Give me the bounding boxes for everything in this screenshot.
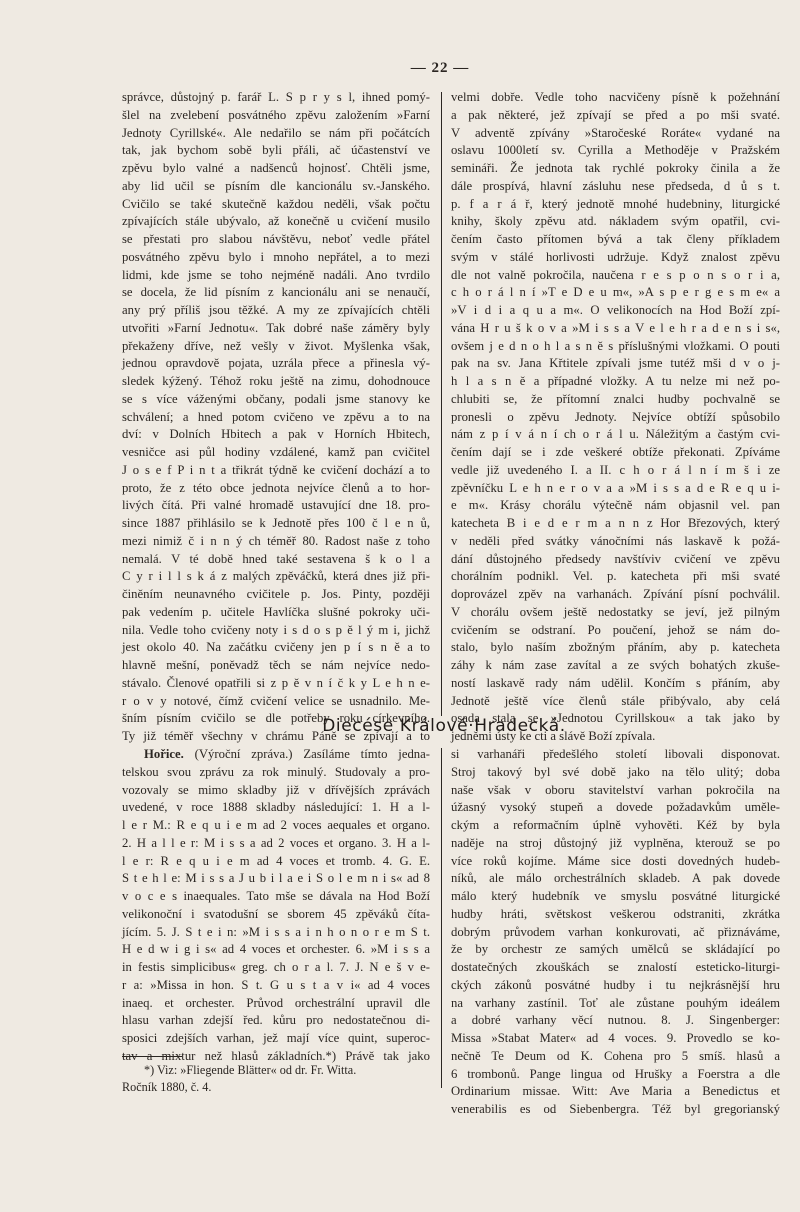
- text-line: ností laskavě rady nám udělil. Končím s …: [451, 675, 780, 693]
- text-line: nila. Vedle toho cvičeny noty i s d o s …: [122, 622, 430, 640]
- text-line: záhy k nám zase zavítal a ze svých bohat…: [451, 657, 780, 675]
- text-line: ovšem j e d n o h l a s n ě s příslušným…: [451, 338, 780, 356]
- text-line: pak vedením p. učitele Havlíčka slušné p…: [122, 604, 430, 622]
- text-line: čením často přítomen bývá a tak členy př…: [451, 231, 780, 249]
- text-line: mezi nimiž č i n n ý ch téměř 80. Radost…: [122, 533, 430, 551]
- text-line: jest okolo 40. Na začátku cvičeny jen p …: [122, 639, 430, 657]
- text-line: S t e h l e: M i s s a J u b i l a e i S…: [122, 870, 430, 888]
- text-line: hudby hráti, světskost veškerou odstrani…: [451, 906, 780, 924]
- text-line: zpěvníčku L e h n e r o v a a »M i s s a…: [451, 480, 780, 498]
- text-line: zpívajících stále ubývalo, až konečně u …: [122, 213, 430, 231]
- text-line: hlasu varhan zdejší řed. kůru pro nedost…: [122, 1012, 430, 1030]
- text-line: »V i d i a q u a m«. O velikonocích na H…: [451, 302, 780, 320]
- text-line: e m«. Krásy chorálu výtečně nám objasnil…: [451, 497, 780, 515]
- text-line: cvičením se odstraní. Po poučení, jehož …: [451, 622, 780, 640]
- text-line: dobrým průvodem varhan konkurovati, ač p…: [451, 924, 780, 942]
- text-line: r a: »Missa in hon. S t. G u s t a v i« …: [122, 977, 430, 995]
- text-line: J o s e f P i n t a třikrát týdně ke cvi…: [122, 462, 430, 480]
- text-line: 2. H a l l e r: M i s s a ad 2 voces et …: [122, 835, 430, 853]
- text-line: aby lid učil se písním dle kancionálu sv…: [122, 178, 430, 196]
- text-line: schválení; a hned potom cvičeno ve zpěvu…: [122, 409, 430, 427]
- text-line: stávalo. Členové opatřili si z p ě v n í…: [122, 675, 430, 693]
- text-line: vozovaly se mimo skladby již v dřívějšíc…: [122, 782, 430, 800]
- text-line: 6 trombonů. Pange lingua od Hrušky a Foe…: [451, 1066, 780, 1084]
- text-line: překaženy dříve, než vešly v život. Myšl…: [122, 338, 430, 356]
- page-number: — 22 —: [0, 60, 800, 77]
- text-line: any prý příliš jsou těžké. A my ze zpíva…: [122, 302, 430, 320]
- text-line: úžasný vysoký stupeň a dovede požadavkům…: [451, 799, 780, 817]
- text-line: se docela, že lid písním z kancionálu an…: [122, 284, 430, 302]
- text-line: sledek kýžený. Téhož roku ještě na zimu,…: [122, 373, 430, 391]
- text-line: Missa »Stabat Mater« ad 4 voces. 9. Prov…: [451, 1030, 780, 1048]
- text-line: více roků kojíme. Máme sice dosti dovedn…: [451, 853, 780, 871]
- text-line: oslavu 1000letí sv. Cyrilla a Methoděje …: [451, 142, 780, 160]
- footnote-line: Ročník 1880, č. 4.: [122, 1079, 430, 1096]
- footnote-rule: [122, 1056, 182, 1057]
- text-line: Ordinarium missae. Witt: Ave Maria a Ben…: [451, 1083, 780, 1101]
- text-line: chlubiti se, že přítomní znalci hudby po…: [451, 391, 780, 409]
- text-line: jícím. 5. J. S t e i n: »M i s s a i n h…: [122, 924, 430, 942]
- text-line: a dobré varhany věcí nutnou. 8. J. Singe…: [451, 1012, 780, 1030]
- text-line: zpěvu bylo valné a nadšenců hojnosť. Cht…: [122, 160, 430, 178]
- text-line: katecheta B i e d e r m a n n z Hor Břez…: [451, 515, 780, 533]
- text-line: posvátného zpěvu bylo i mnoho nepřátel, …: [122, 249, 430, 267]
- text-line: nečně Te Deum od K. Cohena pro 5 smíš. h…: [451, 1048, 780, 1066]
- text-line: velikonoční i svatodušní se sborem 45 zp…: [122, 906, 430, 924]
- footnote-line: *) Viz: »Fliegende Blätter« od dr. Fr. W…: [122, 1062, 430, 1079]
- text-line: v o c e s inaequales. Tato mše se dávala…: [122, 888, 430, 906]
- text-line: dostatečných zkouškách se znalostí estet…: [451, 959, 780, 977]
- text-line: dání důstojného předsedy navštíviv cviče…: [451, 551, 780, 569]
- text-line: níků, ale málo orchestrálních skladeb. A…: [451, 870, 780, 888]
- text-line: si varhanáři předešlého století libovali…: [451, 746, 780, 764]
- text-line: nám z p í v á n í ch o r á l u. Náležitý…: [451, 426, 780, 444]
- text-line: l e r: R e q u i e m ad 4 voces et tromb…: [122, 853, 430, 871]
- text-line: naděje na stroj důstojný již vyplněna, k…: [451, 835, 780, 853]
- place-heading: Hořice.: [144, 747, 184, 761]
- text-line: dle not valně pokročila, naučena r e s p…: [451, 267, 780, 285]
- text-line: Stroj takový byl své době jako na tělo u…: [451, 764, 780, 782]
- text-line: správce, důstojný p. farář L. S p r y s …: [122, 89, 430, 107]
- text-line: a pak některé, jež zpívají se před a po …: [451, 107, 780, 125]
- text-line: pronesli o zpěvu Jednoty. Nejvíce obtíží…: [451, 409, 780, 427]
- text-line: c h o r á l n í »T e D e u m«, »A s p e …: [451, 284, 780, 302]
- text-line: ckým a reformačním úplně vyhověti. Kéž b…: [451, 817, 780, 835]
- column-divider-top: [441, 92, 442, 716]
- text-line: dále prospívá, hlavní zásluhu nese předs…: [451, 178, 780, 196]
- text-line: l e r M.: R e q u i e m ad 2 voces aequa…: [122, 817, 430, 835]
- text-line: nemalá. V té době hned také sestavena š …: [122, 551, 430, 569]
- text-line: in festis simplicibus« greg. ch o r a l.…: [122, 959, 430, 977]
- text-line: Cvičilo se také skutečně každou neděli, …: [122, 196, 430, 214]
- text-line: málo který hudebník ve smyslu posvátné l…: [451, 888, 780, 906]
- section-heading: Diecése Králové·Hradecká.: [0, 716, 800, 736]
- text-line: H e d w i g i s« ad 4 voces et orchester…: [122, 941, 430, 959]
- text-line: since 1887 přihlásilo se k Jednotě přes …: [122, 515, 430, 533]
- text-line: velmi dobře. Vedle toho nacvičeny písně …: [451, 89, 780, 107]
- text-line: ckých zákonů posvátné hudby i tu nejkrás…: [451, 977, 780, 995]
- text-line: svým v stálé horlivosti udržuje. Když zn…: [451, 249, 780, 267]
- text-line: lidmi, kde jsme se toho nejméně nadáli. …: [122, 267, 430, 285]
- text-line: C y r i l l s k á z malých zpěváčků, kte…: [122, 568, 430, 586]
- bottom-left-column: Hořice. (Výroční zpráva.) Zasíláme tímto…: [122, 746, 430, 1066]
- text-line: utvořiti »Farní Jednotu«. Tak dobré naše…: [122, 320, 430, 338]
- text-line: sposici zdejších varhan, jež mají více q…: [122, 1030, 430, 1048]
- text-line: na varhany zastínil. Toť ale zůstane pou…: [451, 995, 780, 1013]
- text-line: V adventě zpívány »Staročeské Roráte« vy…: [451, 125, 780, 143]
- text-line: Hořice. (Výroční zpráva.) Zasíláme tímto…: [122, 746, 430, 764]
- text-line: h l a s n ě a případné vložky. A tu nelz…: [451, 373, 780, 391]
- text-line: jednou opravdově pojata, uzrála přece a …: [122, 355, 430, 373]
- text-line: se přestati pro slabou návštěvu, neboť v…: [122, 231, 430, 249]
- text-line: proto, že z této obce jednota nejvíce čl…: [122, 480, 430, 498]
- text-line: hlavně mešní, poněvadž těch se nám nejví…: [122, 657, 430, 675]
- text-line: p. f a r á ř, který jednotě mnohé hudebn…: [451, 196, 780, 214]
- text-line: venerabilis es od Siebenbergra. Též byl …: [451, 1101, 780, 1119]
- text-line: V chorálu ovšem ještě nedostatky se jeví…: [451, 604, 780, 622]
- text-line: knihy, školy zpěvu atd. nákladem svým op…: [451, 213, 780, 231]
- text-line: telskou svou zprávu za rok minulý. Studo…: [122, 764, 430, 782]
- text-line: dví: v Dolních Hbitech a pak v Horních H…: [122, 426, 430, 444]
- text-line: stalo, bylo naším zbožným přáním, aby p.…: [451, 639, 780, 657]
- text-line: naše však v oboru stavitelství varhan po…: [451, 782, 780, 800]
- text-line: tak, jak bychom sobě byli přáli, ač účas…: [122, 142, 430, 160]
- column-divider-bottom: [441, 748, 442, 1088]
- text-line: šlel na zvelebení posvátného zpěvu založ…: [122, 107, 430, 125]
- bottom-right-column: si varhanáři předešlého století libovali…: [451, 746, 780, 1119]
- text-line: činěním neunavného cvičitele p. Jos. Pin…: [122, 586, 430, 604]
- text-line: Jednotě ještě více členů stále přibývalo…: [451, 693, 780, 711]
- text-line: chorálním podnikl. Vel. p. katecheta při…: [451, 568, 780, 586]
- text-line: pak na sv. Jana Křtitele zpívali jsme tu…: [451, 355, 780, 373]
- text-line: doprovázel zpěv na varhanách. Zpívání pí…: [451, 586, 780, 604]
- footnote: *) Viz: »Fliegende Blätter« od dr. Fr. W…: [122, 1062, 430, 1096]
- text-line: r o v y notové, čímž cvičení velice se u…: [122, 693, 430, 711]
- text-line: čením dají se i zde veškeré obtíže překo…: [451, 444, 780, 462]
- top-left-column: správce, důstojný p. farář L. S p r y s …: [122, 89, 430, 746]
- text-line: Jednoty Cyrillské«. Ale nedařilo se nám …: [122, 125, 430, 143]
- text-line: v neděli před svátky vánočními nás laska…: [451, 533, 780, 551]
- text-line: inaeq. et orchester. Průvod orchestrální…: [122, 995, 430, 1013]
- text-line: uvedené, v roce 1888 skladby následující…: [122, 799, 430, 817]
- text-line: semináři. Že jednota tak rychlé pokroky …: [451, 160, 780, 178]
- text-line: livých čítá. Při valné hromadě ustavujíc…: [122, 497, 430, 515]
- text-line: se s více váženými občany, podali jsme s…: [122, 391, 430, 409]
- top-right-column: velmi dobře. Vedle toho nacvičeny písně …: [451, 89, 780, 746]
- text-line: že by orchestr ze samých umělců se sklád…: [451, 941, 780, 959]
- text-line: vesničce asi půl hodiny vzdálené, kamž p…: [122, 444, 430, 462]
- text-line: vána H r u š k o v a »M i s s a V e l e …: [451, 320, 780, 338]
- text-run: (Výroční zpráva.) Zasíláme tímto jedna-: [184, 747, 430, 761]
- text-line: vedle již uvedeného I. a II. c h o r á l…: [451, 462, 780, 480]
